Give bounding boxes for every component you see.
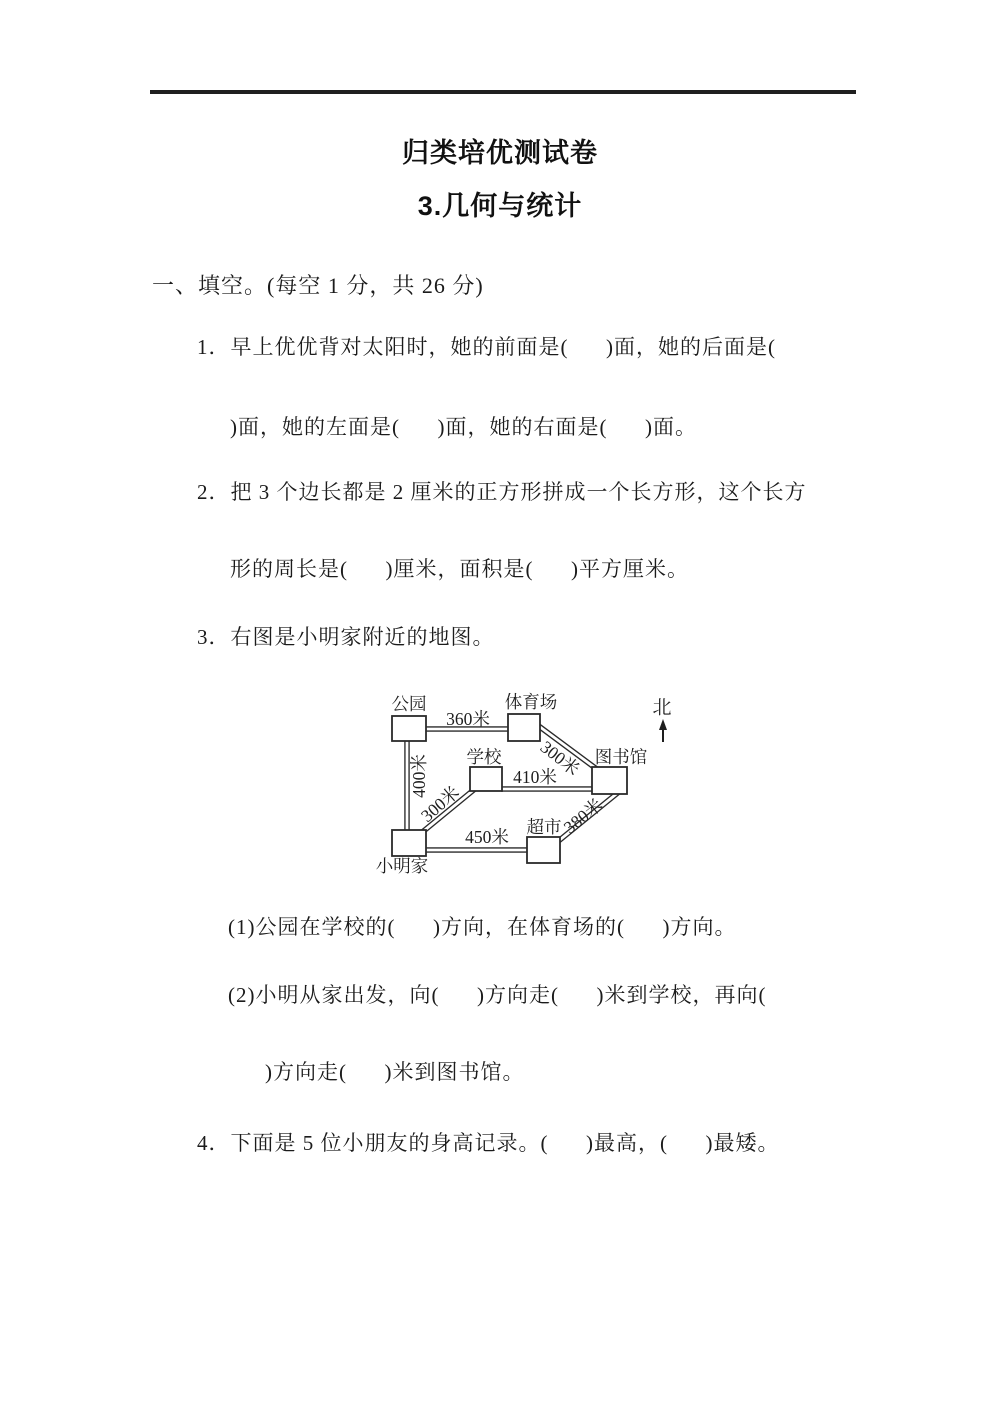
exam-page: { "document": { "title": "归类培优测试卷", "sub… [0, 0, 1000, 1415]
park-box [392, 716, 426, 741]
distance-school-library: 410米 [513, 767, 557, 787]
home-label: 小明家 [376, 856, 429, 876]
school-box [470, 767, 502, 791]
question-3-sub-2-line-1: (2)小明从家出发，向( )方向走( )米到学校，再向( [228, 982, 766, 1008]
north-arrow-icon [659, 719, 667, 742]
home-box [392, 830, 426, 856]
question-3-sub-2-line-2: )方向走( )米到图书馆。 [265, 1059, 524, 1085]
supermarket-label: 超市 [527, 817, 562, 837]
distance-park-stadium: 360米 [446, 709, 490, 729]
question-4: 4．下面是 5 位小朋友的身高记录。( )最高，( )最矮。 [197, 1130, 779, 1156]
north-label: 北 [652, 697, 671, 719]
distance-supermarket-library: 380米 [560, 794, 607, 837]
library-label: 图书馆 [595, 747, 648, 767]
distance-park-home: 400米 [409, 754, 429, 798]
stadium-box [508, 714, 540, 741]
stadium-label: 体育场 [505, 692, 558, 712]
supermarket-box [527, 837, 560, 863]
distance-home-supermarket: 450米 [465, 827, 509, 847]
map-roads [407, 724, 620, 850]
library-box [592, 767, 627, 794]
school-label: 学校 [467, 747, 502, 767]
park-label: 公园 [392, 694, 427, 714]
neighborhood-map: 公园 体育场 学校 图书馆 小明家 超市 360米 400米 300米 410米… [0, 0, 1000, 1415]
question-3-sub-1: (1)公园在学校的( )方向，在体育场的( )方向。 [228, 914, 736, 940]
